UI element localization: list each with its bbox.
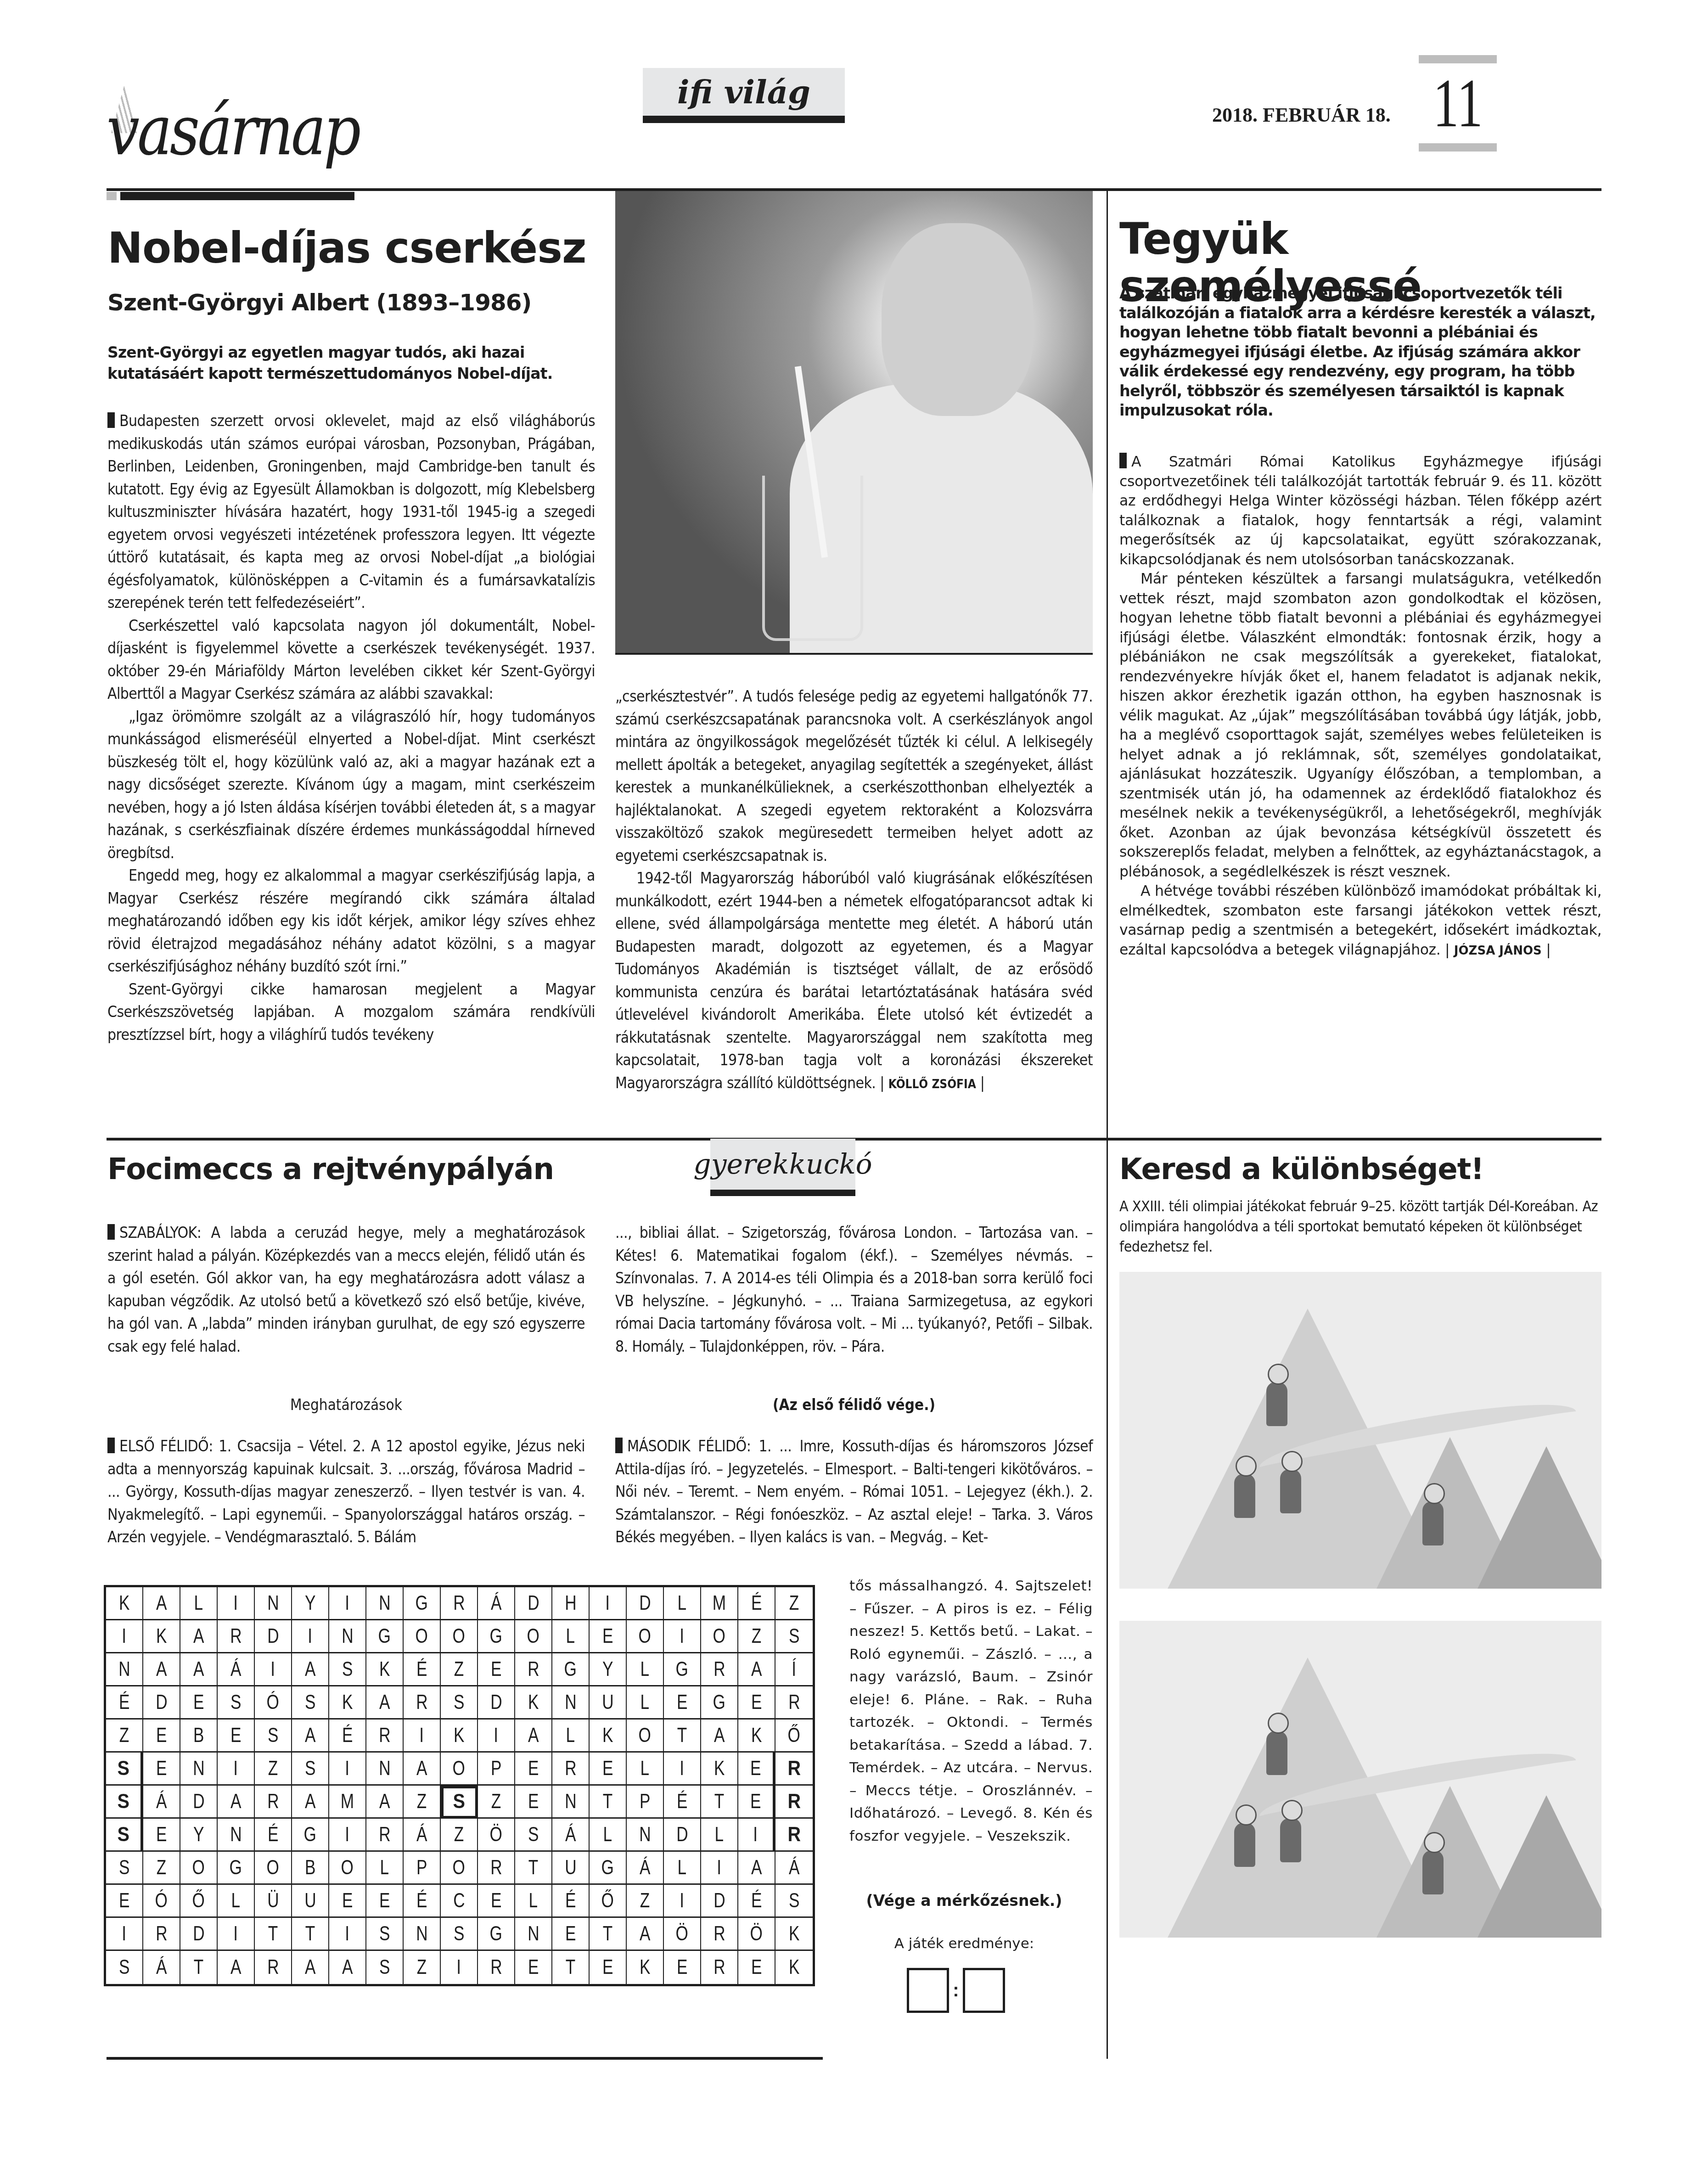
child-figure	[1234, 1823, 1255, 1867]
grid-cell[interactable]: I	[478, 1719, 515, 1753]
grid-cell[interactable]: I	[218, 1753, 255, 1786]
goal-cell[interactable]: R	[775, 1819, 813, 1852]
grid-cell[interactable]: O	[180, 1852, 218, 1885]
grid-cell[interactable]: E	[218, 1719, 255, 1753]
skier-figure	[1266, 1731, 1287, 1775]
grid-cell[interactable]: U	[292, 1885, 329, 1918]
grid-cell[interactable]: R	[255, 1951, 292, 1984]
grid-cell[interactable]: T	[292, 1918, 329, 1951]
paragraph: „cserkésztestvér”. A tudós felesége pedi…	[615, 685, 1093, 867]
grid-cell[interactable]: I	[218, 1587, 255, 1620]
grid-cell[interactable]: L	[664, 1587, 701, 1620]
match-end-label: (Vége a mérkőzésnek.)	[836, 1892, 1093, 1910]
paragraph: A Szatmári Római Katolikus Egyházmegye i…	[1119, 452, 1601, 569]
grid-cell[interactable]: D	[515, 1587, 552, 1620]
grid-cell[interactable]: Ő	[180, 1885, 218, 1918]
puzzle-rules: SZABÁLYOK: A labda a ceruzád hegye, mely…	[107, 1221, 585, 1358]
grid-cell[interactable]: G	[404, 1587, 441, 1620]
issue-date: 2018. FEBRUÁR 18.	[1212, 103, 1391, 127]
grid-cell[interactable]: G	[292, 1819, 329, 1852]
grid-cell[interactable]: O	[627, 1719, 664, 1753]
grid-cell[interactable]: E	[590, 1951, 627, 1984]
grid-cell[interactable]: O	[515, 1620, 552, 1653]
paragraph-marker-icon	[615, 1438, 623, 1453]
paragraph-marker-icon	[107, 1438, 115, 1453]
puzzle-grid: KALINYINGRÁDHIDLMÉZIKARDINGOOGOLEOIOZSNA…	[104, 1585, 815, 1986]
grid-cell[interactable]: Z	[404, 1786, 441, 1819]
grid-cell[interactable]: L	[552, 1620, 590, 1653]
child-figure	[1280, 1469, 1301, 1513]
grid-cell[interactable]: Z	[106, 1719, 143, 1753]
grid-cell[interactable]: O	[329, 1852, 366, 1885]
grid-cell[interactable]: Z	[478, 1786, 515, 1819]
grid-cell[interactable]: Y	[180, 1819, 218, 1852]
grid-cell[interactable]: É	[664, 1786, 701, 1819]
grid-cell[interactable]: G	[664, 1653, 701, 1686]
photo-head	[882, 223, 1033, 416]
grid-cell[interactable]: U	[552, 1852, 590, 1885]
article-lead: A szatmári egyházmegyei ifjúsági csoport…	[1119, 284, 1601, 421]
grid-cell[interactable]: G	[478, 1918, 515, 1951]
grid-cell[interactable]: I	[106, 1918, 143, 1951]
grid-cell[interactable]: K	[627, 1951, 664, 1984]
grid-cell[interactable]: D	[180, 1786, 218, 1819]
grid-cell[interactable]: D	[255, 1620, 292, 1653]
grid-cell[interactable]: B	[292, 1852, 329, 1885]
grid-cell[interactable]: K	[590, 1719, 627, 1753]
paragraph: Engedd meg, hogy ez alkalommal a magyar …	[107, 864, 595, 978]
grid-cell[interactable]: E	[738, 1951, 775, 1984]
grid-cell[interactable]: É	[738, 1885, 775, 1918]
mountain-shape	[1478, 1446, 1601, 1589]
grid-cell[interactable]: K	[515, 1686, 552, 1719]
column-divider	[1107, 1141, 1108, 2059]
paragraph-marker-icon	[107, 1224, 115, 1240]
grid-cell[interactable]: G	[218, 1852, 255, 1885]
paragraph: Szent-Györgyi cikke hamarosan megjelent …	[107, 978, 595, 1046]
grid-cell[interactable]: I	[590, 1587, 627, 1620]
grid-cell[interactable]: R	[775, 1686, 813, 1719]
grid-cell[interactable]: E	[738, 1753, 775, 1786]
grid-cell[interactable]: I	[106, 1620, 143, 1653]
grid-cell[interactable]: O	[255, 1852, 292, 1885]
grid-cell[interactable]: O	[441, 1753, 478, 1786]
grid-cell[interactable]: Z	[738, 1620, 775, 1653]
grid-cell[interactable]: R	[478, 1951, 515, 1984]
logo-underline	[120, 192, 354, 200]
grid-cell[interactable]: R	[143, 1918, 180, 1951]
grid-cell[interactable]: G	[701, 1686, 738, 1719]
grid-cell[interactable]: S	[329, 1653, 366, 1686]
grid-cell[interactable]: E	[738, 1686, 775, 1719]
grid-cell[interactable]: E	[590, 1620, 627, 1653]
grid-cell[interactable]: G	[366, 1620, 404, 1653]
article-title: Nobel-díjas cserkész	[107, 225, 603, 271]
newspaper-logo: vasárnap	[107, 83, 382, 179]
away-score-input[interactable]	[963, 1968, 1005, 2013]
kids-section-name: gyerekkuckó	[693, 1148, 872, 1180]
grid-cell[interactable]: L	[664, 1852, 701, 1885]
grid-cell[interactable]: É	[738, 1587, 775, 1620]
grid-cell[interactable]: P	[478, 1753, 515, 1786]
goal-cell[interactable]: R	[775, 1786, 813, 1819]
grid-cell[interactable]: N	[552, 1686, 590, 1719]
grid-cell[interactable]: Y	[590, 1653, 627, 1686]
grid-cell[interactable]: É	[552, 1885, 590, 1918]
grid-cell[interactable]: L	[366, 1852, 404, 1885]
grid-cell[interactable]: R	[701, 1951, 738, 1984]
grid-cell[interactable]: M	[701, 1587, 738, 1620]
grid-cell[interactable]: E	[180, 1686, 218, 1719]
grid-cell[interactable]: I	[218, 1918, 255, 1951]
grid-cell[interactable]: A	[218, 1786, 255, 1819]
grid-cell[interactable]: I	[292, 1620, 329, 1653]
grid-cell[interactable]: E	[552, 1918, 590, 1951]
grid-cell[interactable]: K	[329, 1686, 366, 1719]
grid-cell[interactable]: N	[106, 1653, 143, 1686]
grid-cell[interactable]: K	[738, 1719, 775, 1753]
grid-cell[interactable]: O	[701, 1620, 738, 1653]
grid-cell[interactable]: R	[552, 1753, 590, 1786]
spot-difference-image-top[interactable]	[1119, 1272, 1601, 1589]
grid-cell[interactable]: Á	[775, 1852, 813, 1885]
grid-cell[interactable]: A	[404, 1753, 441, 1786]
paragraph: Már pénteken készültek a farsangi mulats…	[1119, 569, 1601, 882]
grid-cell[interactable]: É	[404, 1885, 441, 1918]
grid-cell[interactable]: D	[664, 1819, 701, 1852]
grid-cell[interactable]: S	[775, 1885, 813, 1918]
grid-cell[interactable]: A	[180, 1620, 218, 1653]
grid-cell[interactable]: Z	[255, 1753, 292, 1786]
scientist-photo	[615, 191, 1093, 655]
grid-cell[interactable]: K	[366, 1653, 404, 1686]
section-tab: ifi világ	[643, 68, 845, 123]
grid-cell[interactable]: E	[515, 1753, 552, 1786]
grid-cell[interactable]: R	[404, 1686, 441, 1719]
grid-cell[interactable]: Y	[292, 1587, 329, 1620]
grid-cell[interactable]: E	[515, 1951, 552, 1984]
grid-cell[interactable]: T	[180, 1951, 218, 1984]
grid-cell[interactable]: L	[590, 1819, 627, 1852]
grid-cell[interactable]: K	[441, 1719, 478, 1753]
center-spot-cell[interactable]: S	[441, 1786, 478, 1819]
grid-cell[interactable]: I	[329, 1819, 366, 1852]
sledder-figure	[1422, 1501, 1444, 1545]
grid-cell[interactable]: A	[218, 1951, 255, 1984]
grid-cell[interactable]: Á	[143, 1786, 180, 1819]
grid-cell[interactable]: A	[180, 1653, 218, 1686]
grid-cell[interactable]: Ó	[143, 1885, 180, 1918]
grid-cell[interactable]: A	[738, 1852, 775, 1885]
grid-cell[interactable]: O	[627, 1620, 664, 1653]
grid-cell[interactable]: N	[552, 1786, 590, 1819]
grid-cell[interactable]: P	[627, 1786, 664, 1819]
grid-cell[interactable]: A	[738, 1653, 775, 1686]
grid-cell[interactable]: S	[255, 1719, 292, 1753]
mountain-shape	[1478, 1795, 1601, 1938]
grid-cell[interactable]: R	[515, 1653, 552, 1686]
grid-cell[interactable]: Z	[627, 1885, 664, 1918]
grid-cell[interactable]: A	[329, 1951, 366, 1984]
home-score-input[interactable]	[907, 1968, 949, 2013]
grid-cell[interactable]: Z	[143, 1852, 180, 1885]
grid-cell[interactable]: S	[218, 1686, 255, 1719]
grid-cell[interactable]: Á	[627, 1852, 664, 1885]
second-half-clues-cont: tős mássalhangzó. 4. Sajtszelet! – Fűsze…	[849, 1575, 1093, 1848]
grid-cell[interactable]: K	[143, 1620, 180, 1653]
grid-cell[interactable]: L	[552, 1719, 590, 1753]
grid-cell[interactable]: L	[627, 1686, 664, 1719]
goal-cell[interactable]: S	[106, 1819, 143, 1852]
grid-cell[interactable]: I	[738, 1819, 775, 1852]
grid-cell[interactable]: E	[366, 1885, 404, 1918]
grid-cell[interactable]: S	[441, 1686, 478, 1719]
grid-cell[interactable]: A	[292, 1719, 329, 1753]
grid-cell[interactable]: S	[366, 1918, 404, 1951]
grid-cell[interactable]: N	[404, 1918, 441, 1951]
grid-cell[interactable]: T	[664, 1719, 701, 1753]
article-continuation: „cserkésztestvér”. A tudós felesége pedi…	[615, 685, 1093, 1096]
grid-cell[interactable]: Á	[404, 1819, 441, 1852]
grid-cell[interactable]: Ő	[590, 1885, 627, 1918]
article-body: A Szatmári Római Katolikus Egyházmegye i…	[1119, 452, 1601, 961]
grid-cell[interactable]: L	[627, 1753, 664, 1786]
grid-cell[interactable]: É	[255, 1819, 292, 1852]
grid-cell[interactable]: R	[441, 1587, 478, 1620]
grid-cell[interactable]: O	[441, 1852, 478, 1885]
grid-cell[interactable]: I	[701, 1852, 738, 1885]
grid-cell[interactable]: K	[701, 1753, 738, 1786]
grid-cell[interactable]: R	[218, 1620, 255, 1653]
grid-cell[interactable]: N	[627, 1819, 664, 1852]
grid-cell[interactable]: N	[366, 1587, 404, 1620]
grid-cell[interactable]: L	[627, 1653, 664, 1686]
grid-cell[interactable]: I	[664, 1753, 701, 1786]
grid-cell[interactable]: D	[143, 1686, 180, 1719]
skier-figure	[1266, 1382, 1287, 1426]
grid-cell[interactable]: S	[106, 1852, 143, 1885]
grid-cell[interactable]: R	[255, 1786, 292, 1819]
grid-cell[interactable]: L	[515, 1885, 552, 1918]
article-subtitle: Szent-Györgyi Albert (1893–1986)	[107, 289, 603, 316]
grid-cell[interactable]: A	[143, 1653, 180, 1686]
grid-cell[interactable]: C	[441, 1885, 478, 1918]
grid-cell[interactable]: L	[180, 1587, 218, 1620]
grid-cell[interactable]: G	[478, 1620, 515, 1653]
grid-cell[interactable]: O	[404, 1620, 441, 1653]
grid-cell[interactable]: K	[775, 1918, 813, 1951]
grid-cell[interactable]: E	[738, 1786, 775, 1819]
spot-difference-title: Keresd a különbséget!	[1119, 1152, 1601, 1186]
column-divider	[1107, 191, 1108, 1138]
grid-cell[interactable]: A	[292, 1951, 329, 1984]
grid-cell[interactable]: I	[664, 1885, 701, 1918]
grid-cell[interactable]: A	[292, 1653, 329, 1686]
grid-cell[interactable]: Ü	[255, 1885, 292, 1918]
grid-cell[interactable]: R	[478, 1852, 515, 1885]
grid-cell[interactable]: O	[441, 1620, 478, 1653]
grid-cell[interactable]: Ó	[255, 1686, 292, 1719]
grid-cell[interactable]: I	[329, 1918, 366, 1951]
section-name: ifi világ	[677, 73, 810, 111]
grid-cell[interactable]: Z	[441, 1653, 478, 1686]
grid-cell[interactable]: E	[329, 1885, 366, 1918]
grid-cell[interactable]: E	[478, 1653, 515, 1686]
paragraph-marker-icon	[1119, 453, 1127, 468]
grid-cell[interactable]: D	[627, 1587, 664, 1620]
grid-cell[interactable]: N	[218, 1819, 255, 1852]
grid-cell[interactable]: B	[180, 1719, 218, 1753]
grid-cell[interactable]: T	[590, 1786, 627, 1819]
grid-cell[interactable]: S	[292, 1686, 329, 1719]
grid-cell[interactable]: A	[366, 1786, 404, 1819]
grid-cell[interactable]: E	[143, 1753, 180, 1786]
spot-difference-image-bottom[interactable]	[1119, 1621, 1601, 1938]
grid-cell[interactable]: Z	[404, 1951, 441, 1984]
grid-cell[interactable]: R	[366, 1719, 404, 1753]
result-label: A játék eredménye:	[836, 1935, 1093, 1952]
grid-cell[interactable]: L	[218, 1885, 255, 1918]
grid-cell[interactable]: Á	[143, 1951, 180, 1984]
article-lead: Szent-Györgyi az egyetlen magyar tudós, …	[107, 342, 594, 384]
grid-cell[interactable]: D	[701, 1885, 738, 1918]
grid-cell[interactable]: Ö	[478, 1819, 515, 1852]
grid-cell[interactable]: N	[329, 1620, 366, 1653]
first-half-clues: ELSŐ FÉLIDŐ: 1. Csacsija – Vétel. 2. A 1…	[107, 1435, 585, 1549]
grid-cell[interactable]: T	[515, 1852, 552, 1885]
grid-cell[interactable]: L	[701, 1819, 738, 1852]
puzzle-title: Focimeccs a rejtvénypályán	[107, 1152, 603, 1186]
goal-cell[interactable]: S	[106, 1786, 143, 1819]
grid-cell[interactable]: A	[292, 1786, 329, 1819]
child-figure	[1234, 1474, 1255, 1518]
grid-cell[interactable]: G	[590, 1852, 627, 1885]
grid-cell[interactable]: H	[552, 1587, 590, 1620]
photo-beaker	[762, 476, 863, 641]
logo-accent-bar	[107, 192, 117, 200]
grid-cell[interactable]: E	[515, 1786, 552, 1819]
grid-cell[interactable]: N	[515, 1918, 552, 1951]
grid-cell[interactable]: K	[106, 1587, 143, 1620]
grid-cell[interactable]: E	[590, 1753, 627, 1786]
paragraph: 1942-től Magyarország háborúból való kiu…	[615, 867, 1093, 1096]
page-number: 11	[1433, 69, 1483, 138]
grid-cell[interactable]: I	[329, 1753, 366, 1786]
grid-cell[interactable]: E	[478, 1885, 515, 1918]
grid-cell[interactable]: R	[701, 1653, 738, 1686]
goal-cell[interactable]: S	[106, 1753, 143, 1786]
half-time-label: (Az első félidő vége.)	[615, 1396, 1093, 1414]
grid-cell[interactable]: E	[143, 1819, 180, 1852]
grid-cell[interactable]: É	[404, 1653, 441, 1686]
grid-cell[interactable]: Ő	[775, 1719, 813, 1753]
score-boxes: :	[907, 1967, 1008, 2013]
grid-cell[interactable]: S	[775, 1620, 813, 1653]
grid-cell[interactable]: E	[664, 1686, 701, 1719]
grid-cell[interactable]: S	[366, 1951, 404, 1984]
kids-section-tab: gyerekkuckó	[710, 1139, 855, 1196]
grid-cell[interactable]: T	[255, 1918, 292, 1951]
first-half-clues-cont: ..., bibliai állat. – Szigetország, fővá…	[615, 1221, 1093, 1358]
grid-cell[interactable]: I	[329, 1587, 366, 1620]
grid-cell[interactable]: I	[441, 1951, 478, 1984]
grid-cell[interactable]: N	[180, 1753, 218, 1786]
paragraph: Cserkészettel való kapcsolata nagyon jól…	[107, 614, 595, 705]
grid-cell[interactable]: I	[664, 1620, 701, 1653]
grid-cell[interactable]: T	[552, 1951, 590, 1984]
byline: KÖLLŐ ZSÓFIA	[888, 1078, 976, 1091]
grid-cell[interactable]: Ö	[664, 1918, 701, 1951]
grid-cell[interactable]: Í	[775, 1653, 813, 1686]
grid-cell[interactable]: M	[329, 1786, 366, 1819]
grid-cell[interactable]: D	[180, 1918, 218, 1951]
grid-cell[interactable]: T	[590, 1918, 627, 1951]
paragraph: A hétvége további részében különböző ima…	[1119, 882, 1601, 961]
grid-cell[interactable]: R	[701, 1918, 738, 1951]
grid-cell[interactable]: A	[143, 1587, 180, 1620]
sledder-figure	[1422, 1850, 1444, 1894]
grid-cell[interactable]: S	[515, 1819, 552, 1852]
grid-cell[interactable]: U	[590, 1686, 627, 1719]
grid-cell[interactable]: S	[441, 1918, 478, 1951]
grid-cell[interactable]: Z	[775, 1587, 813, 1620]
grid-cell[interactable]: A	[366, 1686, 404, 1719]
grid-cell[interactable]: G	[552, 1653, 590, 1686]
bottom-divider	[107, 2057, 823, 2060]
grid-cell[interactable]: É	[106, 1686, 143, 1719]
grid-cell[interactable]: A	[701, 1719, 738, 1753]
article-body: Budapesten szerzett orvosi oklevelet, ma…	[107, 410, 595, 1046]
grid-cell[interactable]: N	[255, 1587, 292, 1620]
score-separator: :	[949, 1980, 963, 2001]
page-number-box: 11	[1419, 55, 1497, 152]
grid-cell[interactable]: Á	[552, 1819, 590, 1852]
grid-cell[interactable]: É	[329, 1719, 366, 1753]
grid-cell[interactable]: K	[775, 1951, 813, 1984]
grid-cell[interactable]: P	[404, 1852, 441, 1885]
child-figure	[1280, 1818, 1301, 1862]
grid-cell[interactable]: N	[366, 1753, 404, 1786]
second-half-clues: MÁSODIK FÉLIDŐ: 1. ... Imre, Kossuth-díj…	[615, 1435, 1093, 1549]
spot-difference-text: A XXIII. téli olimpiai játékokat február…	[1119, 1196, 1601, 1257]
grid-cell[interactable]: S	[106, 1951, 143, 1984]
paragraph: „Igaz örömömre szolgált az a világraszól…	[107, 705, 595, 865]
grid-cell[interactable]: S	[292, 1753, 329, 1786]
grid-cell[interactable]: E	[664, 1951, 701, 1984]
grid-cell[interactable]: R	[366, 1819, 404, 1852]
paragraph-marker-icon	[107, 412, 115, 428]
paragraph: Budapesten szerzett orvosi oklevelet, ma…	[107, 410, 595, 614]
grid-cell[interactable]: A	[515, 1719, 552, 1753]
byline: JÓZSA JÁNOS	[1454, 944, 1542, 958]
grid-cell[interactable]: I	[255, 1653, 292, 1686]
grid-cell[interactable]: Á	[218, 1653, 255, 1686]
grid-cell[interactable]: Ö	[738, 1918, 775, 1951]
grid-cell[interactable]: E	[143, 1719, 180, 1753]
grid-cell[interactable]: A	[627, 1918, 664, 1951]
logo-text: vasárnap	[107, 96, 359, 165]
goal-cell[interactable]: R	[775, 1753, 813, 1786]
definitions-heading: Meghatározások	[107, 1396, 585, 1414]
grid-cell[interactable]: Z	[441, 1819, 478, 1852]
grid-cell[interactable]: D	[478, 1686, 515, 1719]
grid-cell[interactable]: E	[106, 1885, 143, 1918]
grid-cell[interactable]: I	[404, 1719, 441, 1753]
grid-cell[interactable]: T	[701, 1786, 738, 1819]
grid-cell[interactable]: Á	[478, 1587, 515, 1620]
